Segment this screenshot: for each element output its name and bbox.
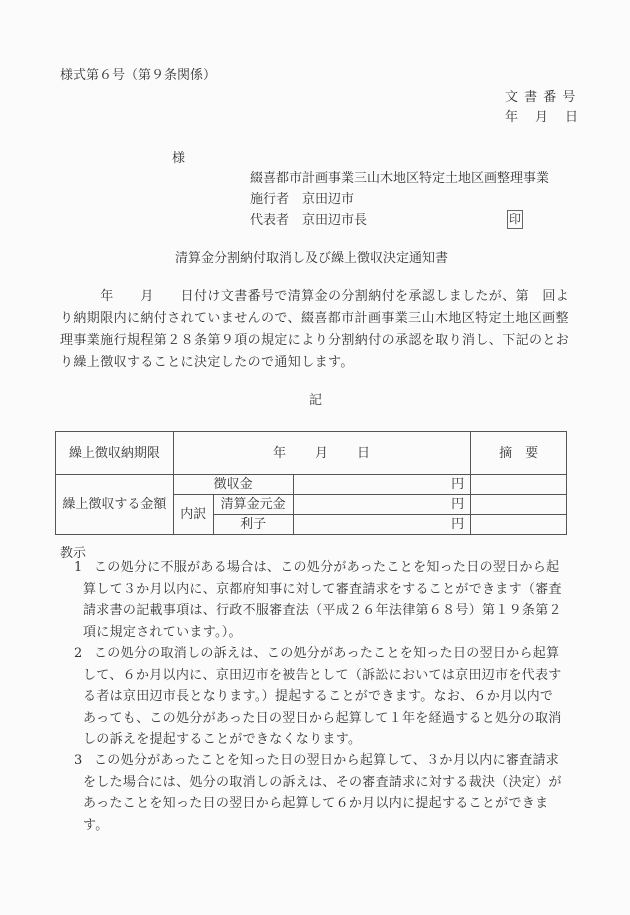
notice-item-3: 3 この処分があったことを知った日の翌日から起算して、３か月以内に審査請求 をし…: [60, 750, 570, 836]
addressee-suffix: 様: [172, 152, 185, 165]
deadline-value-cell[interactable]: 年 月 日: [173, 432, 470, 475]
collection-remarks-cell[interactable]: [471, 475, 567, 495]
notice-item-2: 2 この処分の取消しの訴えは、この処分があったことを知った日の翌日から起算 して…: [60, 643, 570, 751]
notice-line: 項に規定されています。）。: [60, 622, 570, 644]
principal-amount-cell[interactable]: 円: [293, 495, 471, 515]
breakdown-label-cell: 内訳: [173, 495, 213, 535]
ki-marker: 記: [309, 394, 322, 407]
interest-label-cell: 利子: [213, 515, 293, 535]
principal-label-cell: 清算金元金: [213, 495, 293, 515]
interest-amount-cell[interactable]: 円: [293, 515, 471, 535]
notice-line: この処分があったことを知った日の翌日から起算して、３か月以内に審査請求: [60, 750, 570, 772]
seal-box: 印: [507, 210, 523, 229]
notice-item-1: 1 この処分に不服がある場合は、この処分があったことを知った日の翌日から起 算し…: [60, 557, 570, 643]
notice-line: 請求書の記載事項は、行政不服審査法（平成２６年法律第６８号）第１９条第２: [60, 600, 570, 622]
issuer-representative: 代表者 京田辺市長: [250, 214, 367, 227]
remarks-label-cell: 摘 要: [471, 432, 567, 475]
notice-line: この処分の取消しの訴えは、この処分があったことを知った日の翌日から起算: [60, 643, 570, 665]
notice-line: す。: [60, 815, 570, 837]
issuer-executor: 施行者 京田辺市: [250, 193, 354, 206]
amount-label-cell: 繰上徴収する金額: [56, 475, 174, 535]
notice-line: あったことを知った日の翌日から起算して６か月以内に提起することができま: [60, 793, 570, 815]
principal-remarks-cell[interactable]: [471, 495, 567, 515]
collection-table: 繰上徴収納期限 年 月 日 摘 要 繰上徴収する金額 徴収金 円 内訳 清算金元…: [55, 431, 567, 535]
notice-line: 算して３か月以内に、京都府知事に対して審査請求をすることができます（審査: [60, 579, 570, 601]
interest-remarks-cell[interactable]: [471, 515, 567, 535]
notice-item-number: 1: [74, 557, 82, 579]
date-label: 年 月 日: [505, 111, 580, 124]
doc-number-label: 文 書 番 号: [505, 91, 576, 104]
form-label: 様式第６号（第９条関係）: [60, 69, 216, 82]
notice-line: あっても、この処分があった日の翌日から起算して１年を経過すると処分の取消: [60, 708, 570, 730]
document-title: 清算金分割納付取消し及び繰上徴収決定通知書: [175, 252, 448, 265]
notice-line: この処分に不服がある場合は、この処分があったことを知った日の翌日から起: [60, 557, 570, 579]
notice-line: しの訴えを提起することができなくなります。: [60, 729, 570, 751]
body-line: 年 月 日付け文書番号で清算金の分割納付を承認しましたが、第 回よ: [60, 286, 570, 308]
body-paragraph: 年 月 日付け文書番号で清算金の分割納付を承認しましたが、第 回よ り納期限内に…: [60, 286, 570, 374]
notice-line: る者は京田辺市長となります。）提起することができます。なお、６か月以内で: [60, 686, 570, 708]
body-line: り納期限内に納付されていませんので、綴喜都市計画事業三山木地区特定土地区画整: [60, 308, 570, 330]
notice-line: をした場合には、処分の取消しの訴えは、その審査請求に対する裁決（決定）が: [60, 772, 570, 794]
notice-item-number: 2: [74, 643, 82, 665]
issuer-project: 綴喜都市計画事業三山木地区特定土地区画整理事業: [250, 172, 549, 185]
notice-line: して、６か月以内に、京田辺市を被告として（訴訟においては京田辺市を代表す: [60, 665, 570, 687]
notice-item-number: 3: [74, 750, 82, 772]
collection-amount-cell[interactable]: 円: [293, 475, 471, 495]
body-line: り繰上徴収することに決定したので通知します。: [60, 352, 570, 374]
deadline-label-cell: 繰上徴収納期限: [56, 432, 174, 475]
collection-label-cell: 徴収金: [173, 475, 293, 495]
body-line: 理事業施行規程第２８条第９項の規定により分割納付の承認を取り消し、下記のとお: [60, 330, 570, 352]
